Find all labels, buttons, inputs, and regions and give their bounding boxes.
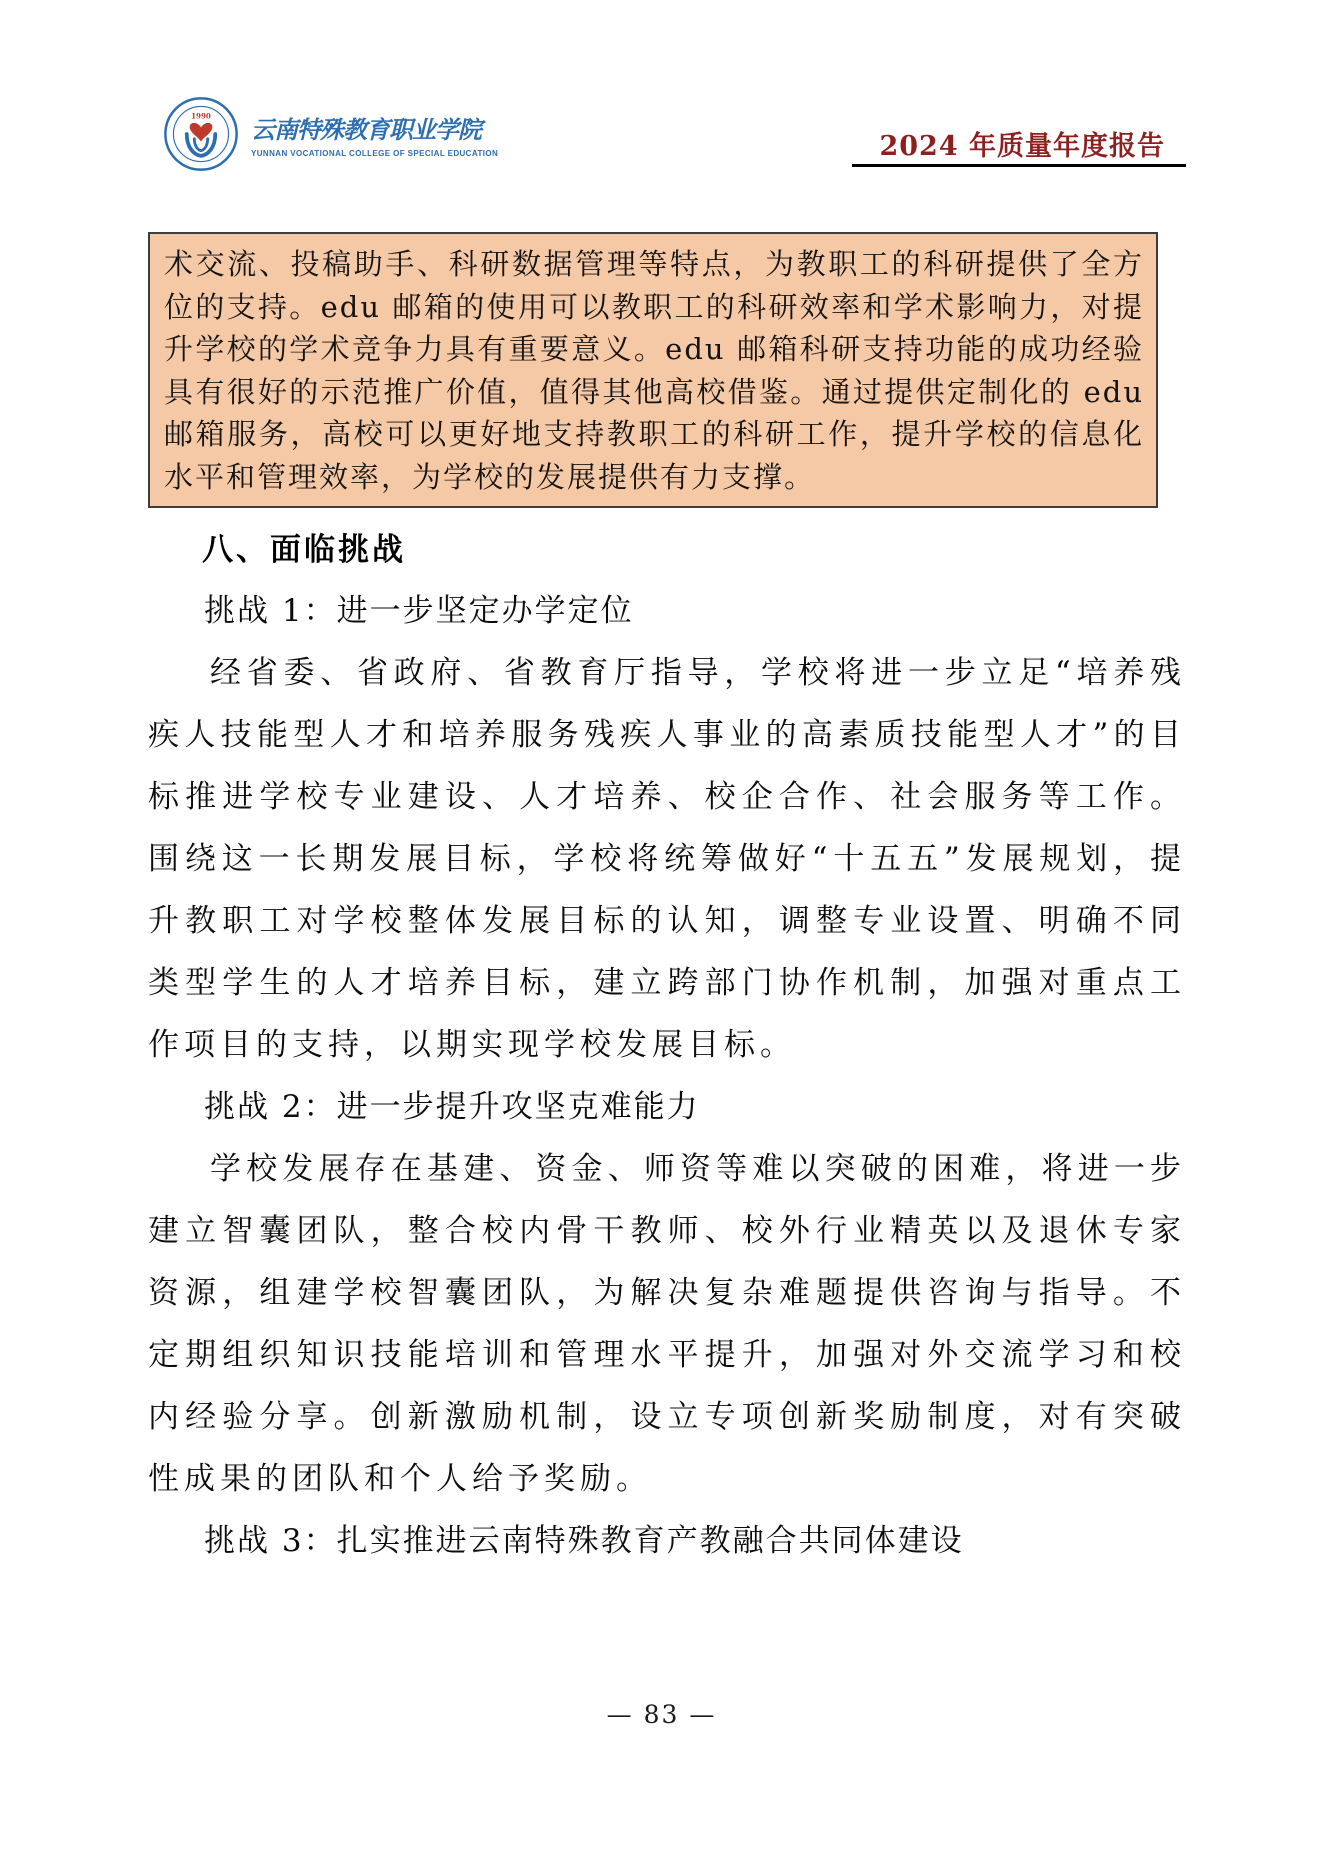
challenge-3-title: 挑战 3：扎实推进云南特殊教育产教融合共同体建设 xyxy=(148,1510,1186,1572)
challenge-2-body: 学校发展存在基建、资金、师资等难以突破的困难，将进一步建立智囊团队，整合校内骨干… xyxy=(148,1138,1186,1510)
challenge-2-title: 挑战 2：进一步提升攻坚克难能力 xyxy=(148,1076,1186,1138)
college-logo: 1990 云南特殊教育职业学院 YUNNAN VOCATIONAL COLLEG… xyxy=(163,96,498,172)
page-number: — 83 — xyxy=(607,1700,717,1729)
challenge-1-body: 经省委、省政府、省教育厅指导，学校将进一步立足“培养残疾人技能型人才和培养服务残… xyxy=(148,642,1186,1076)
college-emblem-icon: 1990 xyxy=(163,96,239,172)
logo-text: 云南特殊教育职业学院 YUNNAN VOCATIONAL COLLEGE OF … xyxy=(251,110,498,158)
section-heading: 八、面临挑战 xyxy=(202,524,406,569)
college-name-cn: 云南特殊教育职业学院 xyxy=(251,110,498,145)
challenge-1-title: 挑战 1：进一步坚定办学定位 xyxy=(148,580,1186,642)
challenges-section: 挑战 1：进一步坚定办学定位 经省委、省政府、省教育厅指导，学校将进一步立足“培… xyxy=(148,580,1186,1572)
document-page: 1990 云南特殊教育职业学院 YUNNAN VOCATIONAL COLLEG… xyxy=(0,0,1323,1871)
report-title: 2024 年质量年度报告 xyxy=(879,124,1165,163)
emblem-year-label: 1990 xyxy=(191,111,211,120)
highlight-text: 术交流、投稿助手、科研数据管理等特点，为教职工的科研提供了全方位的支持。edu … xyxy=(164,243,1144,498)
header-rule xyxy=(852,164,1186,167)
page-footer: — 83 — xyxy=(0,1700,1323,1729)
highlight-box: 术交流、投稿助手、科研数据管理等特点，为教职工的科研提供了全方位的支持。edu … xyxy=(148,232,1158,508)
college-name-en: YUNNAN VOCATIONAL COLLEGE OF SPECIAL EDU… xyxy=(251,149,498,158)
